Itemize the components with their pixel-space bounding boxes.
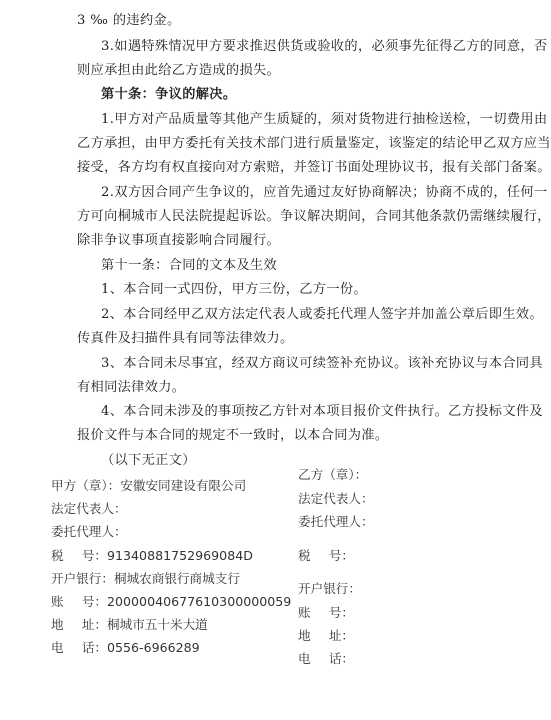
field-label: 账号： xyxy=(298,604,354,622)
field-label-part: 电 xyxy=(51,639,64,657)
field-value: 20000040677610300000059 xyxy=(107,594,291,609)
paragraph-line: 1、本合同一式四份，甲方三份，乙方一份。 xyxy=(101,281,521,299)
paragraph-line: 1.甲方对产品质量等其他产生质疑的，须对货物进行抽检送检，一切费用由 xyxy=(101,111,521,129)
field-label-part: 址： xyxy=(82,616,107,634)
field-label: 乙方（章）： xyxy=(298,466,367,484)
field-label: 委托代理人： xyxy=(51,523,127,541)
field-label-part: 话： xyxy=(82,639,107,657)
paragraph-line: 则应承担由此给乙方造成的损失。 xyxy=(77,62,497,80)
field-label: 税号： xyxy=(298,547,354,565)
signature-field: 甲方（章）：安徽安同建设有限公司 xyxy=(51,477,246,495)
field-label: 地址： xyxy=(298,627,354,645)
field-label: 电话： xyxy=(298,650,354,668)
paragraph-line: 第十一条：合同的文本及生效 xyxy=(101,257,521,275)
field-label-part: 地 xyxy=(298,627,311,645)
paragraph-line: 2、本合同经甲乙双方法定代表人或委托代理人签字并加盖公章后即生效。 xyxy=(101,306,521,324)
field-label-part: 税 xyxy=(51,547,64,565)
field-label-part: 账 xyxy=(51,593,64,611)
field-label-part: 话： xyxy=(329,650,354,668)
paragraph-line: 3、本合同未尽事宜，经双方商议可续签补充协议。该补充协议与本合同具 xyxy=(101,355,521,373)
paragraph-line: 传真件及扫描件具有同等法律效力。 xyxy=(77,330,497,348)
field-label: 账号： xyxy=(51,593,107,611)
signature-field: 账号：20000040677610300000059 xyxy=(51,593,291,611)
signature-field: 电话：0556-6966289 xyxy=(51,639,200,657)
signature-field: 开户银行： xyxy=(298,580,361,598)
paragraph-line: 3.如遇特殊情况甲方要求推迟供货或验收的，必须事先征得乙方的同意，否 xyxy=(101,38,521,56)
field-label: 法定代表人： xyxy=(51,500,127,518)
paragraph-line: 有相同法律效力。 xyxy=(77,379,497,397)
paragraph-line: 4、本合同未涉及的事项按乙方针对本项目报价文件执行。乙方投标文件及 xyxy=(101,403,521,421)
field-label-part: 号： xyxy=(82,547,107,565)
field-value: 桐城农商银行商城支行 xyxy=(114,571,240,586)
signature-field: 乙方（章）： xyxy=(298,466,367,484)
field-value: 0556-6966289 xyxy=(107,640,200,655)
paragraph-line: 乙方承担，由甲方委托有关技术部门进行质量鉴定，该鉴定的结论甲乙双方应当 xyxy=(77,135,497,153)
field-value: 桐城市五十米大道 xyxy=(107,617,208,632)
paragraph-line: 3 ‰ 的违约金。 xyxy=(77,12,497,30)
field-label: 甲方（章）： xyxy=(51,477,120,495)
field-label: 开户银行： xyxy=(51,570,114,588)
field-label-part: 号： xyxy=(329,604,354,622)
signature-field: 税号： xyxy=(298,547,354,565)
signature-field: 账号： xyxy=(298,604,354,622)
field-label: 法定代表人： xyxy=(298,490,374,508)
field-label-part: 地 xyxy=(51,616,64,634)
paragraph-line: 报价文件与本合同的规定不一致时，以本合同为准。 xyxy=(77,427,497,445)
field-label-part: 账 xyxy=(298,604,311,622)
field-label-part: 号： xyxy=(329,547,354,565)
signature-field: 税号：91340881752969084D xyxy=(51,547,253,565)
field-label-part: 电 xyxy=(298,650,311,668)
field-label: 电话： xyxy=(51,639,107,657)
field-label: 委托代理人： xyxy=(298,513,374,531)
paragraph-line: 2.双方因合同产生争议的，应首先通过友好协商解决；协商不成的，任何一 xyxy=(101,184,521,202)
signature-field: 委托代理人： xyxy=(51,523,127,541)
paragraph-line: 接受，各方均有权直接向对方索赔，并签订书面处理协议书，报有关部门备案。 xyxy=(77,159,497,177)
signature-field: 电话： xyxy=(298,650,354,668)
signature-field: 地址： xyxy=(298,627,354,645)
paragraph-line: 除非争议事项直接影响合同履行。 xyxy=(77,232,497,250)
signature-field: 委托代理人： xyxy=(298,513,374,531)
signature-field: 法定代表人： xyxy=(51,500,127,518)
signature-field: 开户银行：桐城农商银行商城支行 xyxy=(51,570,240,588)
field-value: 安徽安同建设有限公司 xyxy=(120,478,246,493)
field-value: 91340881752969084D xyxy=(107,548,253,563)
signature-field: 地址：桐城市五十米大道 xyxy=(51,616,208,634)
field-label-part: 税 xyxy=(298,547,311,565)
contract-page: 3 ‰ 的违约金。3.如遇特殊情况甲方要求推迟供货或验收的，必须事先征得乙方的同… xyxy=(0,0,551,720)
clause-heading: 第十条：争议的解决。 xyxy=(101,86,521,104)
field-label-part: 号： xyxy=(82,593,107,611)
field-label: 税号： xyxy=(51,547,107,565)
signature-field: 法定代表人： xyxy=(298,490,374,508)
field-label: 开户银行： xyxy=(298,580,361,598)
field-label-part: 址： xyxy=(329,627,354,645)
paragraph-line: 方可向桐城市人民法院提起诉讼。争议解决期间，合同其他条款仍需继续履行， xyxy=(77,208,497,226)
field-label: 地址： xyxy=(51,616,107,634)
